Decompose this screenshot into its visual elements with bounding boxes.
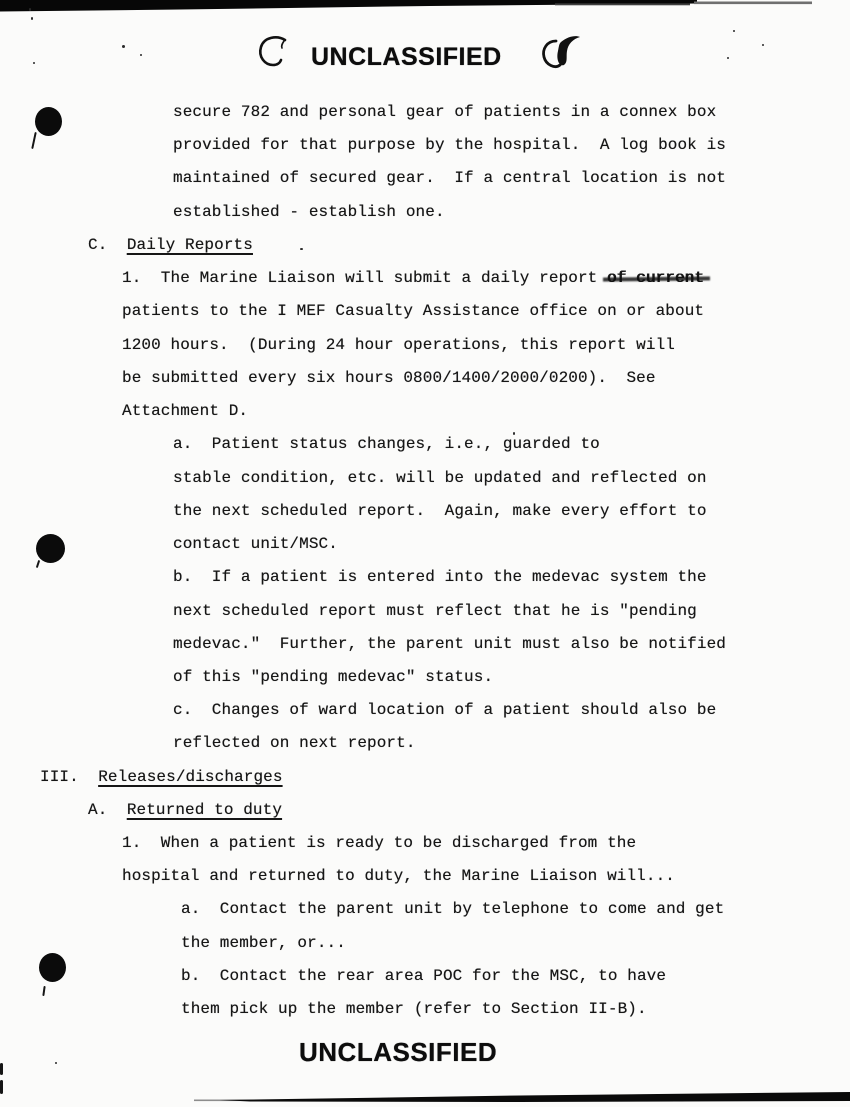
hole-punch-tail: [31, 132, 36, 149]
doc-line: 1200 hours. (During 24 hour operations, …: [122, 337, 675, 353]
doc-line: be submitted every six hours 0800/1400/2…: [122, 370, 656, 386]
hole-punch-tail: [36, 560, 40, 568]
classification-banner-top: UNCLASSIFIED: [311, 43, 502, 72]
scan-artifact-bottom-line: [190, 1089, 850, 1107]
section-iii-label: III.: [40, 768, 98, 786]
doc-line: contact unit/MSC.: [173, 536, 338, 552]
doc-line: stable condition, etc. will be updated a…: [173, 470, 707, 486]
doc-line: b. Contact the rear area POC for the MSC…: [181, 968, 666, 984]
handwritten-mark-left-icon: [255, 34, 295, 74]
scan-artifact-top-bar: [0, 0, 850, 14]
overtyped-text: of current: [607, 270, 704, 286]
doc-line: 1. The Marine Liaison will submit a dail…: [122, 270, 704, 286]
doc-line: 1. When a patient is ready to be dischar…: [122, 835, 636, 851]
hole-punch-tail: [42, 986, 45, 996]
doc-line: the member, or...: [181, 935, 346, 951]
doc-line: of this "pending medevac" status.: [173, 669, 493, 685]
doc-line: provided for that purpose by the hospita…: [173, 137, 726, 153]
doc-line: the next scheduled report. Again, make e…: [173, 503, 707, 519]
hole-punch-dot: [39, 953, 66, 982]
section-iii-heading: III. Releases/discharges: [40, 769, 283, 785]
section-c-heading: C. Daily Reports: [88, 237, 253, 253]
scan-speck: [762, 44, 764, 46]
doc-line: established - establish one.: [173, 204, 445, 220]
doc-line: b. If a patient is entered into the mede…: [173, 569, 707, 585]
doc-line: c. Changes of ward location of a patient…: [173, 702, 716, 718]
scan-edge-mark: [0, 1063, 3, 1075]
scan-speck: [55, 1062, 57, 1064]
scan-speck: [727, 57, 729, 59]
doc-line: a. Contact the parent unit by telephone …: [181, 901, 724, 917]
classification-banner-bottom: UNCLASSIFIED: [299, 1037, 497, 1068]
doc-line: reflected on next report.: [173, 735, 416, 751]
doc-line-text: 1. The Marine Liaison will submit a dail…: [122, 269, 607, 287]
doc-line: medevac." Further, the parent unit must …: [173, 636, 726, 652]
handwritten-mark-right-icon: [536, 27, 586, 75]
scan-speck: [140, 54, 142, 56]
scan-speck: [29, 8, 31, 11]
section-a-label: A.: [88, 801, 127, 819]
doc-line: Attachment D.: [122, 403, 248, 419]
scan-speck: [122, 45, 125, 48]
scan-speck: [300, 248, 303, 250]
scanned-document-page: UNCLASSIFIED secure 782 and personal gea…: [0, 0, 850, 1107]
section-a-heading: A. Returned to duty: [88, 802, 282, 818]
doc-line: next scheduled report must reflect that …: [173, 603, 697, 619]
section-c-title: Daily Reports: [127, 236, 253, 254]
doc-line: a. Patient status changes, i.e., guarded…: [173, 436, 600, 452]
doc-line: hospital and returned to duty, the Marin…: [122, 868, 675, 884]
hole-punch-dot: [35, 107, 62, 136]
doc-line: patients to the I MEF Casualty Assistanc…: [122, 303, 704, 319]
scan-speck: [31, 17, 33, 20]
doc-line: maintained of secured gear. If a central…: [173, 170, 726, 186]
section-a-title: Returned to duty: [127, 801, 282, 819]
section-iii-title: Releases/discharges: [98, 768, 282, 786]
doc-line: them pick up the member (refer to Sectio…: [181, 1001, 647, 1017]
scan-edge-mark: [0, 1080, 3, 1094]
doc-line: secure 782 and personal gear of patients…: [173, 104, 716, 120]
hole-punch-dot: [36, 534, 65, 563]
section-c-label: C.: [88, 236, 127, 254]
scan-speck: [33, 62, 35, 64]
scan-speck: [733, 30, 735, 32]
